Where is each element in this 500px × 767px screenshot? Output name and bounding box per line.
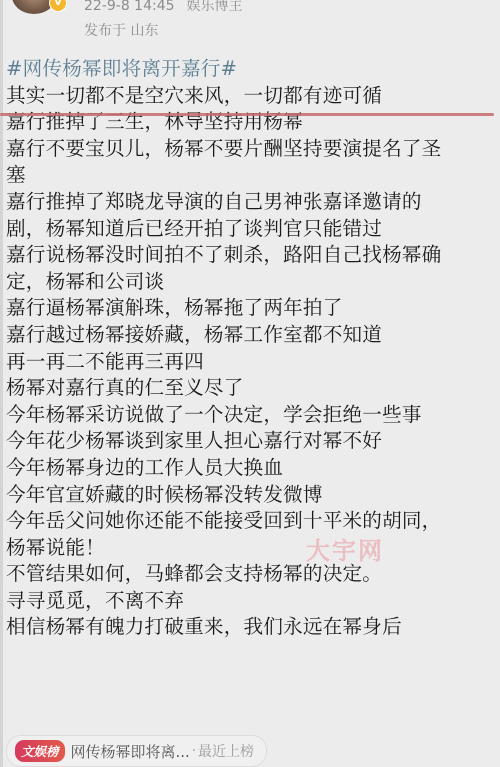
post-line: 今年杨幂身边的工作人员大换血 [6, 455, 498, 482]
post-line: 嘉行逼杨幂演斛珠，杨幂拖了两年拍了 [6, 295, 498, 322]
post-line: 不管结果如何，马蜂都会支持杨幂的决定。 [6, 561, 498, 588]
post-body: #网传杨幂即将离开嘉行# 其实一切都不是空穴来风，一切都有迹可循 嘉行推掉了三生… [6, 56, 498, 641]
highlight-underline [0, 113, 494, 116]
post-line: 嘉行不要宝贝儿，杨幂不要片酬坚持要演提名了圣 [6, 136, 498, 163]
post-line: 今年官宣娇藏的时候杨幂没转发微博 [6, 482, 498, 509]
post-timestamp: 22-9-8 14:45 [84, 0, 175, 14]
post-line: 今年花少杨幂谈到家里人担心嘉行对幂不好 [6, 428, 498, 455]
author-role: 娱乐博主 [187, 0, 243, 14]
post-line: 今年杨幂采访说做了一个决定，学会拒绝一些事 [6, 402, 498, 429]
post-location: 发布于 山东 [84, 20, 158, 40]
watermark: 大宇网 [306, 531, 384, 566]
post-line: 嘉行说杨幂没时间拍不了刺杀，路阳自己找杨幂确 [6, 242, 498, 269]
post-line: 塞 [6, 162, 498, 189]
verified-icon: V [49, 0, 67, 12]
post-line: 杨幂对嘉行真的仁至义尽了 [6, 375, 498, 402]
hashtag-link[interactable]: #网传杨幂即将离开嘉行# [6, 56, 498, 83]
post-header: V 22-9-8 14:45娱乐博主 发布于 山东 [0, 0, 500, 52]
post-line: 其实一切都不是空穴来风，一切都有迹可循 [6, 83, 498, 110]
trend-title: 网传杨幂即将离... [71, 741, 190, 762]
post-line: 再一再二不能再三再四 [6, 349, 498, 376]
trend-separator: · [192, 744, 196, 759]
post-meta: 22-9-8 14:45娱乐博主 [84, 0, 243, 15]
trend-status: 最近上榜 [198, 741, 254, 761]
post-line: 杨幂说能！ [6, 535, 498, 562]
trending-topic-chip[interactable]: 文娱榜 网传杨幂即将离... · 最近上榜 [6, 735, 267, 767]
post-line: 今年岳父问她你还能不能接受回到十平米的胡同， [6, 508, 498, 535]
post-line: 剧，杨幂知道后已经开拍了谈判官只能错过 [6, 216, 498, 243]
post-line: 嘉行越过杨幂接娇藏，杨幂工作室都不知道 [6, 322, 498, 349]
post-line: 相信杨幂有魄力打破重来，我们永远在幂身后 [6, 614, 498, 641]
post-line: 定，杨幂和公司谈 [6, 269, 498, 296]
trend-category-badge: 文娱榜 [15, 740, 65, 762]
post-line: 嘉行推掉了郑晓龙导演的自己男神张嘉译邀请的 [6, 189, 498, 216]
post-line: 寻寻觅觅，不离不弃 [6, 588, 498, 615]
